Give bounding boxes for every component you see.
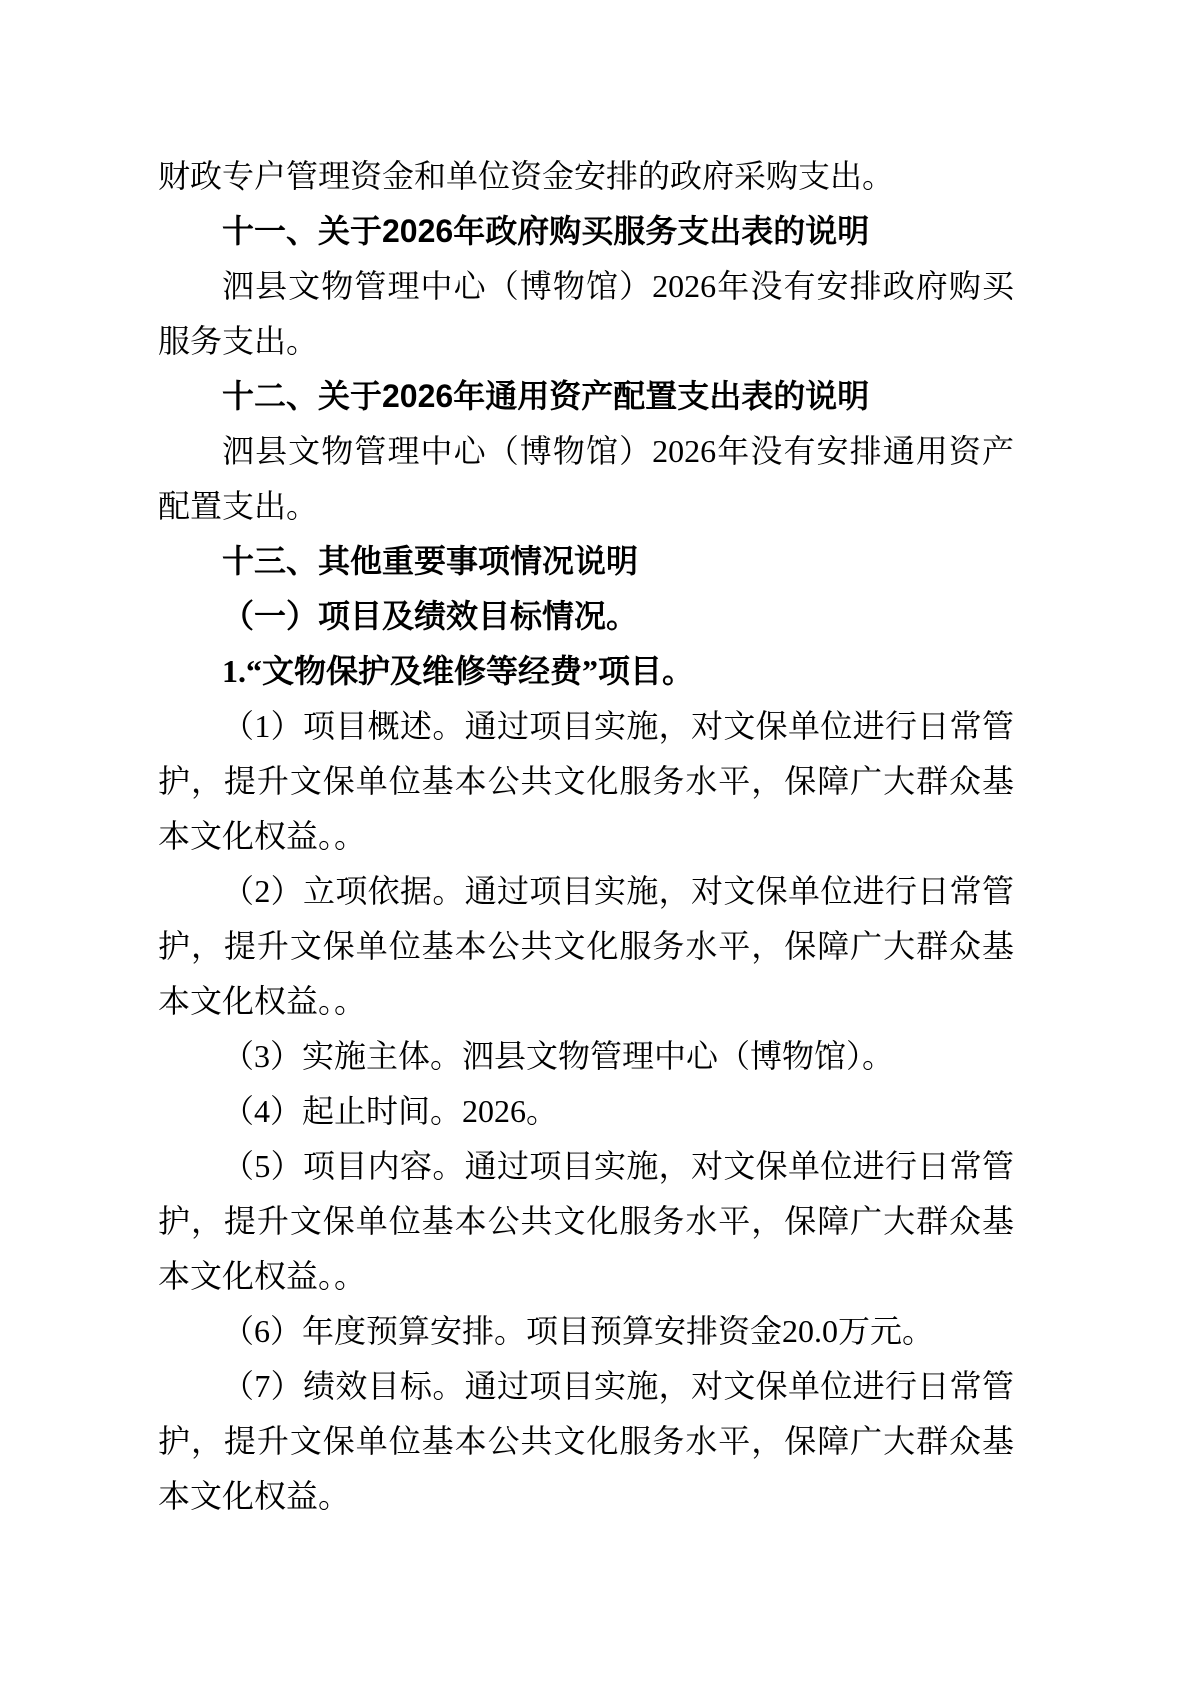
paragraph-line: （6）年度预算安排。项目预算安排资金20.0万元。	[158, 1304, 1014, 1359]
paragraph-line: 护，提升文保单位基本公共文化服务水平，保障广大群众基	[158, 754, 1014, 809]
subsection-heading: （一）项目及绩效目标情况。	[158, 589, 1014, 644]
paragraph-line: 本文化权益。。	[158, 1249, 1014, 1304]
paragraph-line: 泗县文物管理中心（博物馆）2026年没有安排通用资产	[158, 424, 1014, 479]
section-heading-12: 十二、关于2026年通用资产配置支出表的说明	[158, 369, 1014, 424]
paragraph-line: （5）项目内容。通过项目实施，对文保单位进行日常管	[158, 1139, 1014, 1194]
section-heading-11: 十一、关于2026年政府购买服务支出表的说明	[158, 204, 1014, 259]
paragraph-line: 护，提升文保单位基本公共文化服务水平，保障广大群众基	[158, 1194, 1014, 1249]
paragraph-line: 本文化权益。	[158, 1469, 1014, 1524]
document-body: 财政专户管理资金和单位资金安排的政府采购支出。 十一、关于2026年政府购买服务…	[158, 149, 1014, 1524]
item-heading: 1.“文物保护及维修等经费”项目。	[158, 644, 1014, 699]
section-heading-13: 十三、其他重要事项情况说明	[158, 534, 1014, 589]
paragraph-line: （3）实施主体。泗县文物管理中心（博物馆）。	[158, 1029, 1014, 1084]
paragraph-line: 服务支出。	[158, 314, 1014, 369]
paragraph-line: （4）起止时间。2026。	[158, 1084, 1014, 1139]
document-page: 财政专户管理资金和单位资金安排的政府采购支出。 十一、关于2026年政府购买服务…	[0, 0, 1190, 1684]
paragraph-line: 护，提升文保单位基本公共文化服务水平，保障广大群众基	[158, 1414, 1014, 1469]
paragraph-line: 泗县文物管理中心（博物馆）2026年没有安排政府购买	[158, 259, 1014, 314]
paragraph-line: 配置支出。	[158, 479, 1014, 534]
paragraph-line: （2）立项依据。通过项目实施，对文保单位进行日常管	[158, 864, 1014, 919]
paragraph-line: 护，提升文保单位基本公共文化服务水平，保障广大群众基	[158, 919, 1014, 974]
paragraph-line: （7）绩效目标。通过项目实施，对文保单位进行日常管	[158, 1359, 1014, 1414]
paragraph-line: 本文化权益。。	[158, 809, 1014, 864]
paragraph-line: 财政专户管理资金和单位资金安排的政府采购支出。	[158, 149, 1014, 204]
paragraph-line: 本文化权益。。	[158, 974, 1014, 1029]
paragraph-line: （1）项目概述。通过项目实施，对文保单位进行日常管	[158, 699, 1014, 754]
